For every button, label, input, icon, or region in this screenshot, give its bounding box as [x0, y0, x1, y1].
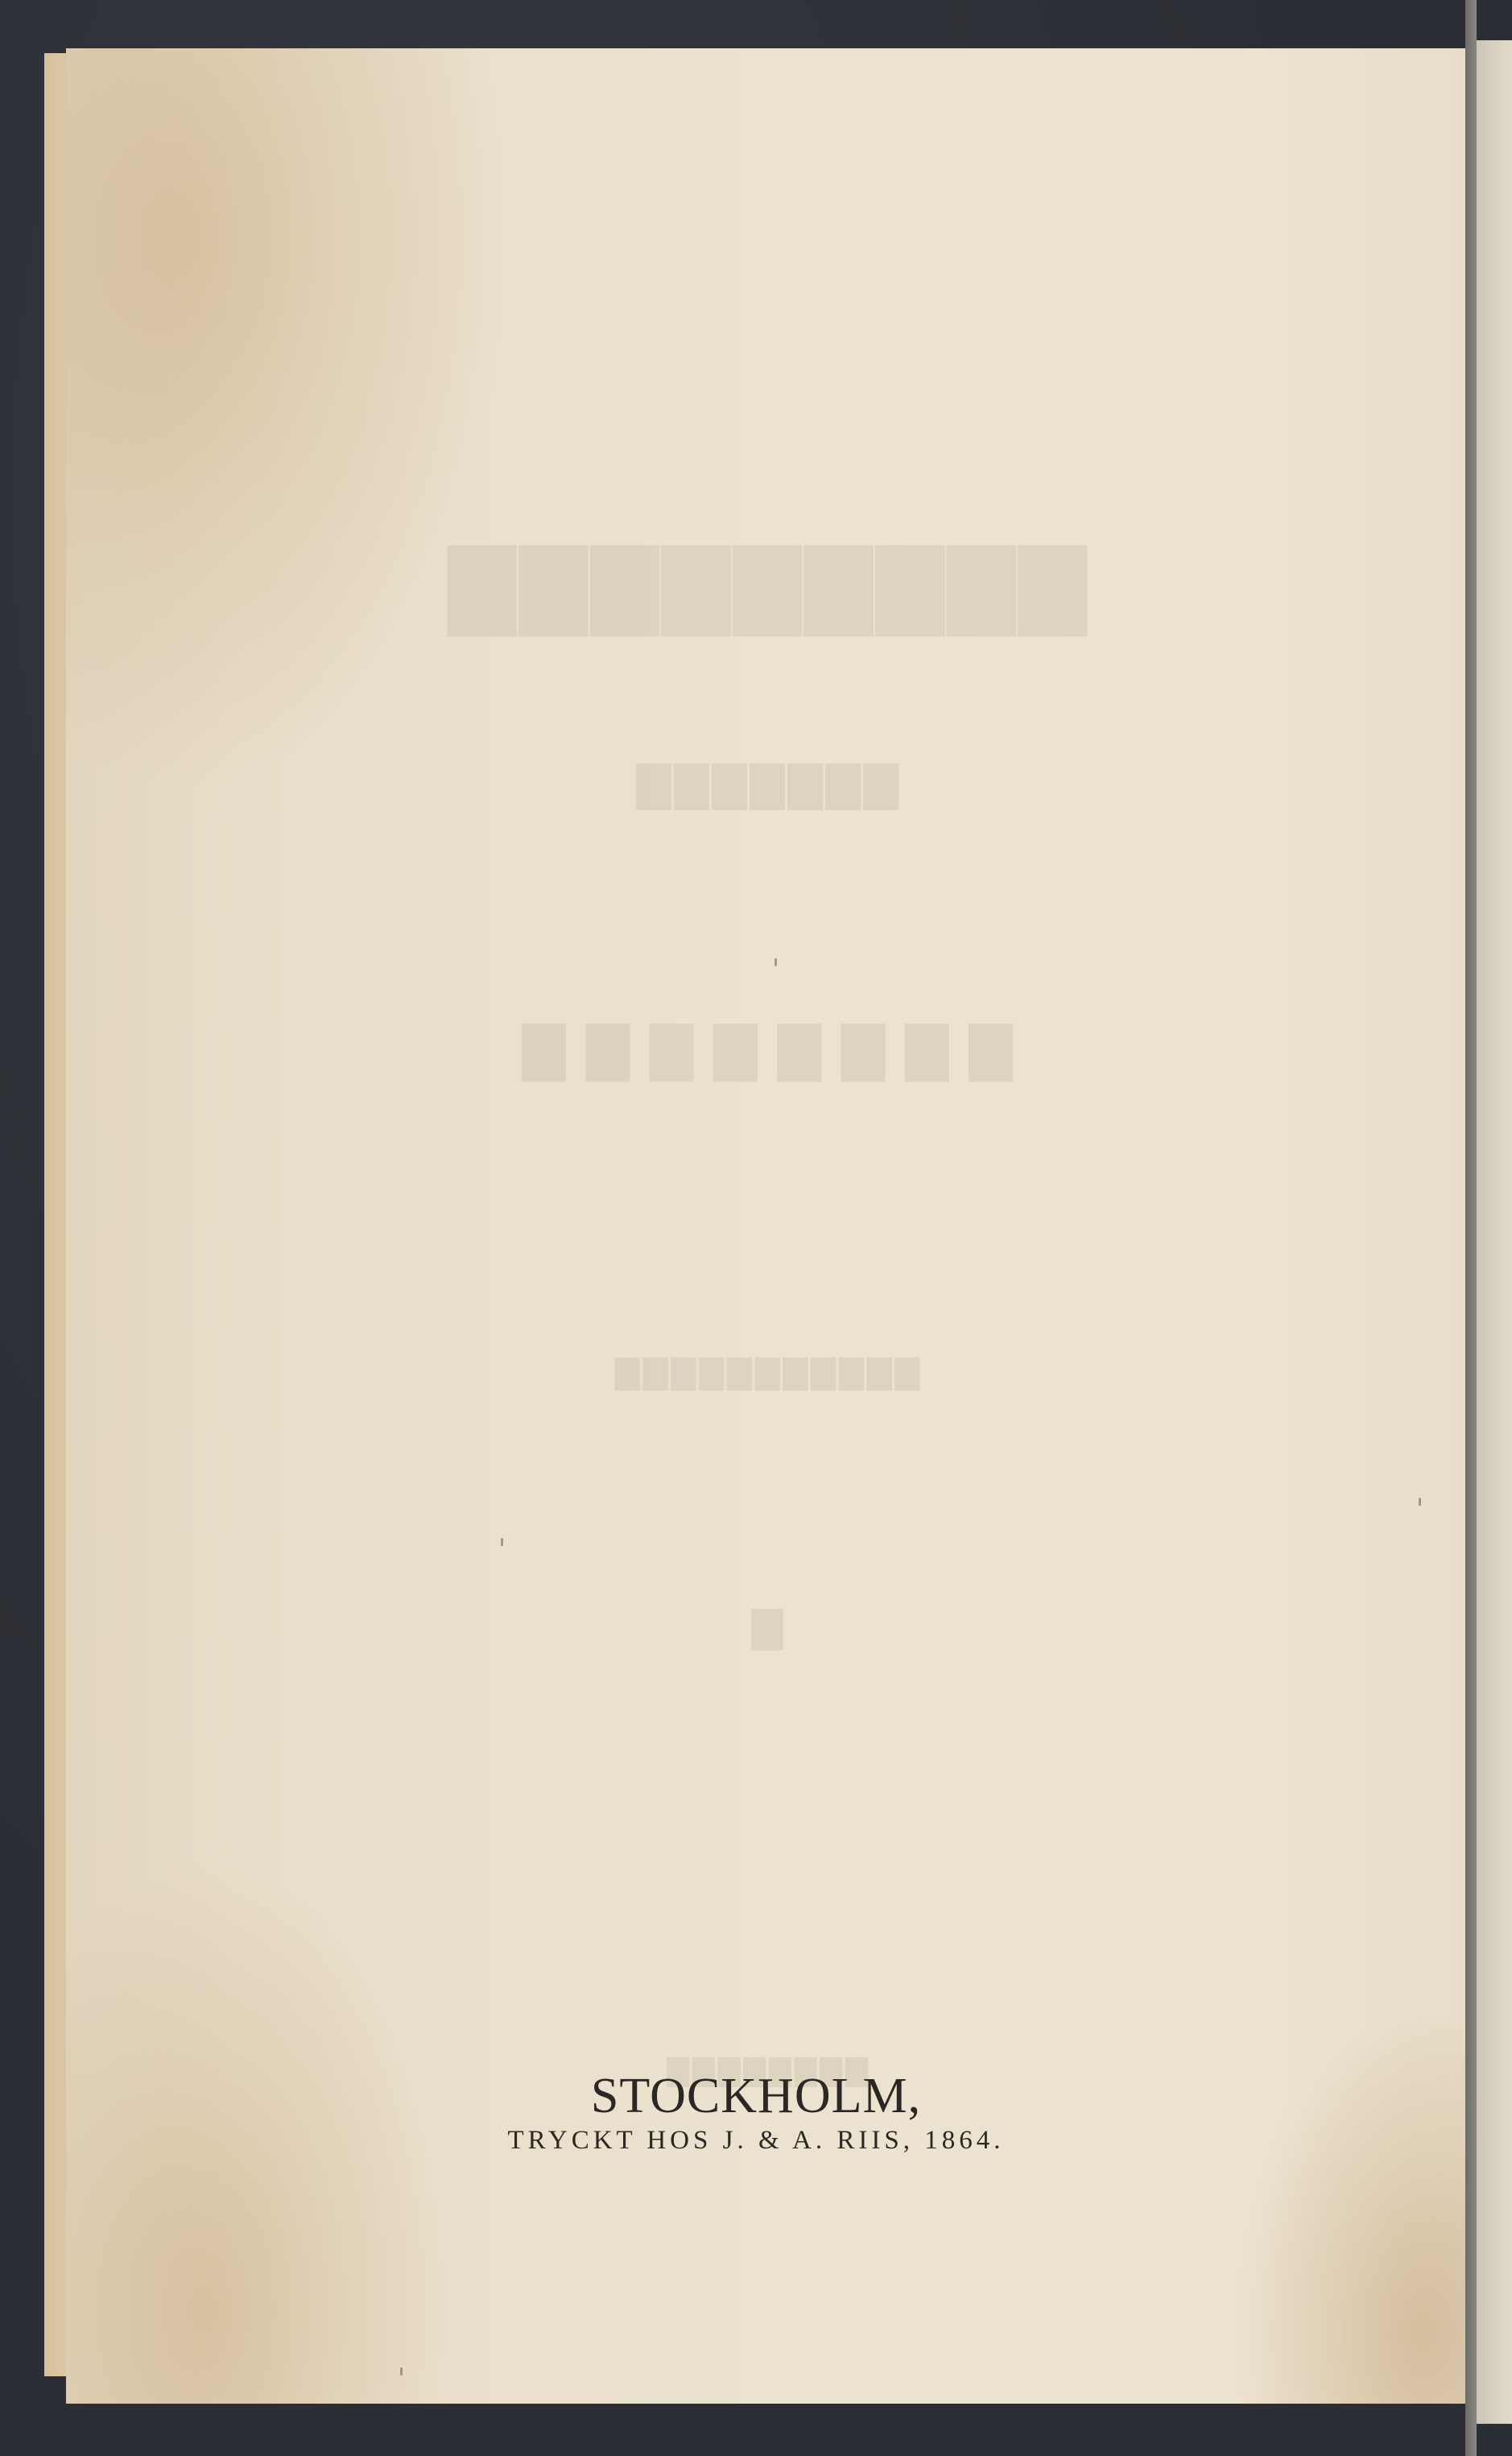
show-through-author: ▇ ▇ ▇ ▇ ▇ ▇ ▇ ▇ — [66, 1015, 1465, 1082]
imprint-printer-line: TRYCKT HOS J. & A. RIIS, 1864. — [0, 2126, 1512, 2156]
paper-speck — [775, 958, 777, 966]
show-through-volume: ▇ — [66, 1602, 1465, 1650]
book-page: ▇▇▇▇▇▇▇▇▇ ▇▇▇▇▇▇▇ ▇ ▇ ▇ ▇ ▇ ▇ ▇ ▇ ▇▇▇▇▇▇… — [66, 48, 1465, 2404]
right-facing-page-edge — [1477, 40, 1512, 2424]
imprint-city: STOCKHOLM, — [0, 2068, 1512, 2125]
show-through-subtitle: ▇▇▇▇▇▇▇ — [66, 757, 1465, 810]
paper-speck — [1419, 1498, 1421, 1506]
paper-speck — [501, 1538, 503, 1546]
paper-speck — [400, 2367, 403, 2375]
show-through-line: ▇▇▇▇▇▇▇▇▇▇▇ — [66, 1353, 1465, 1391]
show-through-title: ▇▇▇▇▇▇▇▇▇ — [66, 531, 1465, 636]
book-gutter — [1465, 0, 1477, 2456]
